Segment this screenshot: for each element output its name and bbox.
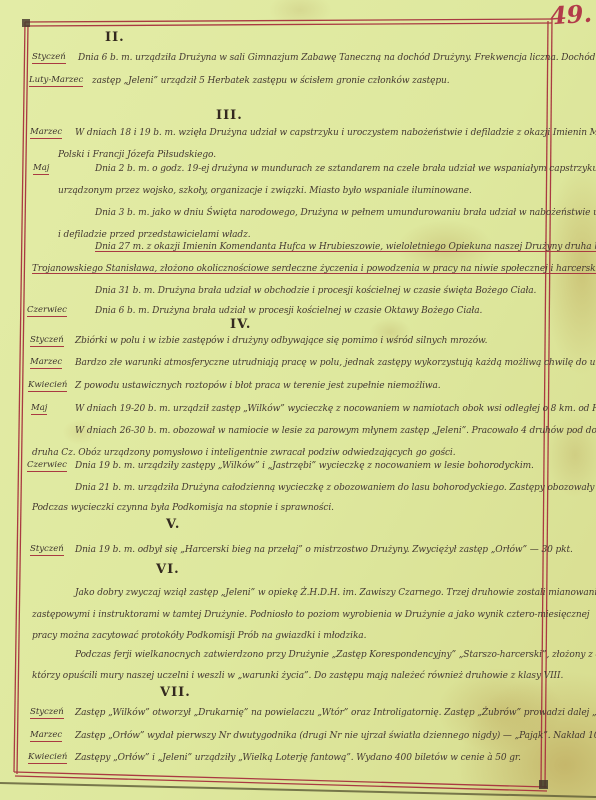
corner-smudge-top-left <box>22 19 30 27</box>
margin-label: Marzec <box>30 127 62 139</box>
margin-label: Maj <box>31 403 47 415</box>
entry-line: Podczas ferji wielkanocnych zatwierdzono… <box>75 650 596 661</box>
margin-label: Czerwiec <box>27 460 67 472</box>
entry-line: Zastępy „Orłów” i „Jeleni” urządziły „Wi… <box>75 753 521 764</box>
entry-line: Dnia 21 b. m. urządziła Drużyna całodzie… <box>75 483 596 494</box>
section-heading-iii: III. <box>216 108 243 123</box>
entry-line: Z powodu ustawicznych roztopów i błot pr… <box>75 381 441 392</box>
page-edge-shadow <box>0 783 596 797</box>
margin-label: Maj <box>33 163 49 175</box>
entry-line: druha Cz. Obóz urządzony pomysłowo i int… <box>32 448 455 459</box>
entry-line: Zbiórki w polu i w izbie zastępów i druż… <box>75 336 487 347</box>
entry-line: którzy opuścili mury naszej uczelni i we… <box>32 671 563 682</box>
entry-line: W dniach 19-20 b. m. urządził zastęp „Wi… <box>75 404 596 415</box>
entry-line: Jako dobry zwyczaj wziął zastęp „Jeleni”… <box>75 588 596 599</box>
entry-line: zastęp „Jeleni” urządził 5 Herbatek zast… <box>92 76 449 87</box>
entry-line: Dnia 6 b. m. urządziła Drużyna w sali Gi… <box>78 53 596 64</box>
section-heading-vii: VII. <box>160 685 191 700</box>
margin-label: Kwiecień <box>28 380 67 392</box>
margin-label: Kwiecień <box>28 752 67 764</box>
margin-label: Styczeń <box>30 544 64 556</box>
entry-line: Polski i Francji Józefa Piłsudskiego. <box>58 150 216 161</box>
chronicle-page: 49. II. Styczeń Dnia 6 b. m. urządziła D… <box>0 0 596 800</box>
entry-line: Dnia 2 b. m. o godz. 19-ej drużyna w mun… <box>95 164 596 175</box>
margin-label: Styczeń <box>30 335 64 347</box>
margin-label: Luty-Marzec <box>29 75 83 87</box>
section-heading-ii: II. <box>105 30 125 45</box>
margin-label: Styczeń <box>32 52 66 64</box>
entry-line: Dnia 6 b. m. Drużyna brała udział w proc… <box>95 306 482 317</box>
entry-line: Zastęp „Orłów” wydał pierwszy Nr dwutygo… <box>75 731 596 742</box>
entry-line: W dniach 26-30 b. m. obozował w namiocie… <box>75 426 596 437</box>
entry-line: Zastęp „Wilków” otworzył „Drukarnię” na … <box>75 708 596 719</box>
entry-line: i defiladzie przed przedstawicielami wła… <box>58 230 251 241</box>
page-number: 49. <box>549 0 593 30</box>
entry-line: Dnia 3 b. m. jako w dniu Święta narodowe… <box>95 208 596 219</box>
margin-label: Marzec <box>30 730 62 742</box>
section-heading-vi: VI. <box>156 562 180 577</box>
entry-line: Podczas wycieczki czynna była Podkomisja… <box>32 503 334 514</box>
entry-line: pracy można zacytować protokóły Podkomis… <box>32 631 366 642</box>
entry-line: W dniach 18 i 19 b. m. wzięła Drużyna ud… <box>75 128 596 139</box>
section-heading-iv: IV. <box>230 317 251 332</box>
margin-label: Czerwiec <box>27 305 67 317</box>
entry-line: zastępowymi i instruktorami w tamtej Dru… <box>32 610 590 621</box>
corner-smudge-bottom-right <box>539 780 548 789</box>
margin-label: Marzec <box>30 357 62 369</box>
entry-line: urządzonym przez wojsko, szkoły, organiz… <box>58 186 472 197</box>
entry-line: Dnia 19 b. m. odbył się „Harcerski bieg … <box>75 545 573 556</box>
entry-line: Dnia 31 b. m. Drużyna brała udział w obc… <box>95 286 536 297</box>
entry-line: Bardzo złe warunki atmosferyczne utrudni… <box>75 358 596 369</box>
margin-label: Styczeń <box>30 707 64 719</box>
section-heading-v: V. <box>166 517 180 532</box>
entry-line-red-underlined: Trojanowskiego Stanisława, złożono okoli… <box>32 264 596 275</box>
entry-line-red-underlined: Dnia 27 m. z okazji Imienin Komendanta H… <box>95 242 596 253</box>
entry-line: Dnia 19 b. m. urządziły zastępy „Wilków”… <box>75 461 534 472</box>
